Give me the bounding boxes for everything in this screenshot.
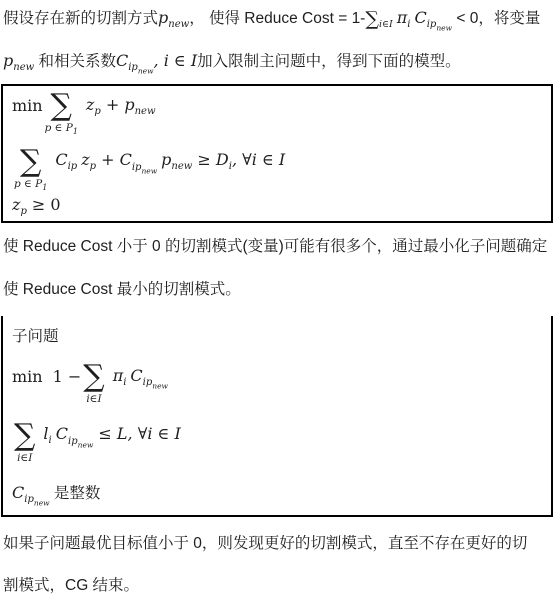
paragraph-3-line-2: 割模式，CG 结束。 — [3, 573, 139, 595]
math-var-pnew: p — [3, 51, 13, 70]
geq-zero: ≥ 0 — [27, 195, 61, 214]
math-sub: new — [171, 162, 192, 173]
sum-symbol: ∑ i∈I — [14, 421, 35, 464]
math-sub-text: ip — [24, 494, 34, 505]
math-run: ≤ L, ∀i ∈ I — [93, 424, 180, 443]
math-subsub: new — [34, 499, 50, 508]
math-var-pnew: p — [158, 8, 168, 27]
math-var-C: C — [12, 483, 24, 502]
math-run: , ∀i ∈ I — [232, 150, 285, 169]
text-run: 加入限制主问题中，得到下面的模型。 — [197, 53, 461, 70]
math-sub: ipnew — [427, 19, 452, 30]
text-run: 割模式，CG 结束。 — [3, 577, 139, 594]
constraint-row: ∑ p ∈ P1 Cipzp + Cipnewpnew ≥ Di, ∀i ∈ I — [3, 147, 551, 190]
paragraph-3-line-1: 如果子问题最优目标值小于 0，则发现更好的切割模式，直至不存在更好的切 — [3, 531, 527, 553]
subproblem-title: 子问题 — [3, 324, 551, 346]
sum-limit-text: i∈I — [17, 452, 32, 464]
math-sub: new — [168, 19, 189, 30]
math-sub: ipnew — [68, 436, 93, 447]
sum-limit-text: p ∈ P — [45, 122, 73, 134]
math-sub: new — [13, 62, 34, 73]
sum-symbol: ∑ i∈I — [83, 362, 104, 405]
math-subsub: new — [141, 166, 157, 175]
subproblem-box: 子问题 min 1 − ∑ i∈I πiCipnew ∑ i∈I liCipne… — [1, 316, 553, 517]
math-sub: i — [123, 377, 126, 388]
min-operator: min — [12, 96, 43, 115]
plus-operator: + — [96, 150, 120, 169]
objective-expression: πiCipnew — [113, 366, 168, 387]
math-sub: ip — [68, 162, 78, 173]
math-subsub: new — [436, 23, 452, 32]
constraint-expression: liCipnew ≤ L, ∀i ∈ I — [43, 424, 180, 445]
math-var-z: z — [81, 150, 89, 169]
math-var-C: C — [414, 8, 426, 27]
math-var-pi: π — [113, 366, 124, 385]
sum-limit-text: p ∈ P — [14, 178, 42, 190]
nonnegativity-row: zp ≥ 0 — [3, 195, 551, 215]
math-var-C: C — [56, 424, 68, 443]
sum-limits: p ∈ P1 — [45, 123, 78, 134]
sum-limits: p ∈ P1 — [14, 179, 47, 190]
min-operator: min — [12, 367, 43, 386]
sum-limits: i∈I — [17, 453, 32, 464]
text-run: 子问题 — [12, 328, 59, 345]
sum-limit-sub: 1 — [42, 183, 47, 192]
paragraph-1-line-1: 假设存在新的切割方式pnew， 使得 Reduce Cost = 1-∑i∈Iπ… — [3, 6, 540, 30]
math-subsub: new — [138, 66, 154, 75]
text-run: 是整数 — [50, 485, 101, 502]
document-page: 假设存在新的切割方式pnew， 使得 Reduce Cost = 1-∑i∈Iπ… — [0, 0, 554, 606]
text-run: ， 使得 Reduce Cost = 1- — [189, 10, 365, 27]
sigma-glyph: ∑ — [20, 147, 41, 177]
math-sub: i — [49, 436, 52, 447]
sum-index: i∈I — [379, 19, 393, 30]
math-sub: ipnew — [132, 162, 157, 173]
math-sub: ipnew — [24, 494, 49, 505]
geq-operator: ≥ — [192, 150, 216, 169]
sum-limit-text: i∈I — [86, 393, 101, 405]
constraint-expression: Cipzp + Cipnewpnew ≥ Di, ∀i ∈ I — [55, 150, 285, 171]
text-run: 使 Reduce Cost 最小的切割模式。 — [3, 281, 241, 298]
math-sub: ipnew — [143, 377, 168, 388]
math-var-pnew: p — [161, 150, 171, 169]
paragraph-2-line-2: 使 Reduce Cost 最小的切割模式。 — [3, 277, 241, 299]
math-sub-text: ip — [128, 62, 138, 73]
one-minus: 1 − — [53, 367, 82, 386]
sum-limits: i∈I — [86, 394, 101, 405]
math-sub-text: ip — [143, 377, 153, 388]
objective-row: min 1 − ∑ i∈I πiCipnew — [3, 362, 551, 405]
math-run: , i ∈ I — [154, 51, 198, 70]
text-run: < 0，将变量 — [452, 10, 540, 27]
math-subsub: new — [152, 382, 168, 391]
objective-expression: zp + pnew — [86, 95, 156, 115]
sum-symbol: ∑ p ∈ P1 — [45, 91, 78, 134]
sum-symbol: ∑ — [365, 8, 379, 30]
math-var-C: C — [120, 150, 132, 169]
math-var-pi: π — [397, 8, 408, 27]
math-var-pnew: p — [124, 95, 134, 114]
math-var-C: C — [55, 150, 67, 169]
text-run: 使 Reduce Cost 小于 0 的切割模式(变量)可能有很多个，通过最小化… — [3, 238, 547, 255]
objective-row: min ∑ p ∈ P1 zp + pnew — [3, 91, 551, 134]
math-sub: i — [407, 19, 410, 30]
sigma-glyph: ∑ — [83, 362, 104, 392]
math-sub: new — [135, 106, 156, 117]
constraint-row: ∑ i∈I liCipnew ≤ L, ∀i ∈ I — [3, 421, 551, 464]
math-var-C: C — [116, 51, 128, 70]
integrality-row: Cipnew 是整数 — [3, 481, 551, 504]
math-sub-text: ip — [68, 436, 78, 447]
sigma-glyph: ∑ — [14, 421, 35, 451]
sum-limit-sub: 1 — [73, 127, 78, 136]
math-var-C: C — [130, 366, 142, 385]
text-run: 如果子问题最优目标值小于 0，则发现更好的切割模式，直至不存在更好的切 — [3, 535, 527, 552]
math-var-D: D — [216, 150, 229, 169]
master-problem-box: min ∑ p ∈ P1 zp + pnew ∑ p ∈ P1 Cipzp + … — [1, 84, 553, 223]
sigma-glyph: ∑ — [51, 91, 72, 121]
paragraph-2-line-1: 使 Reduce Cost 小于 0 的切割模式(变量)可能有很多个，通过最小化… — [3, 234, 547, 256]
math-sub-text: ip — [427, 19, 437, 30]
sum-symbol: ∑ p ∈ P1 — [14, 147, 47, 190]
math-subsub: new — [78, 440, 94, 449]
text-run: 假设存在新的切割方式 — [3, 10, 158, 27]
text-run: 和相关系数 — [34, 53, 116, 70]
math-sub: ipnew — [128, 62, 153, 73]
plus-operator: + — [101, 95, 125, 114]
paragraph-1-line-2: pnew 和相关系数Cipnew, i ∈ I加入限制主问题中，得到下面的模型。 — [3, 49, 461, 71]
